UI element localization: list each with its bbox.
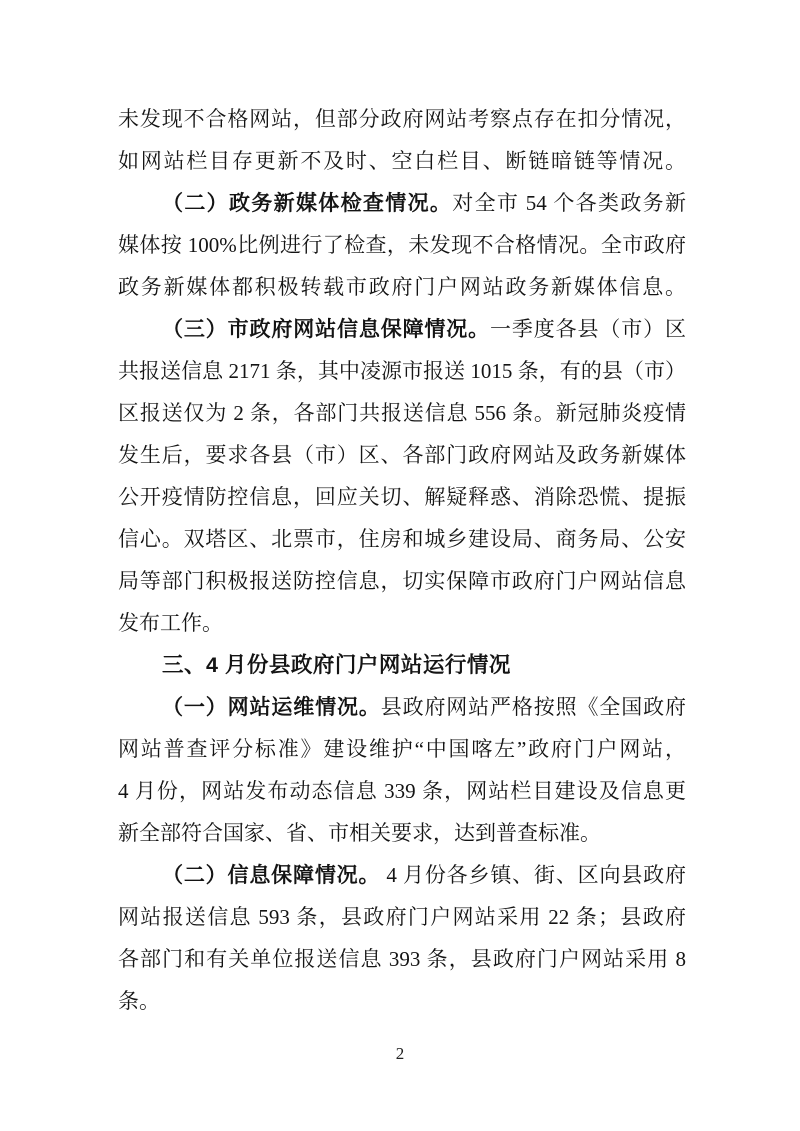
document-line: 共报送信息 2171 条，其中凌源市报送 1015 条，有的县（市）	[118, 350, 686, 392]
body-text: 条。	[118, 989, 160, 1013]
document-page: 未发现不合格网站，但部分政府网站考察点存在扣分情况，如网站栏目存更新不及时、空白…	[0, 0, 800, 1131]
document-line: （二）信息保障情况。 4 月份各乡镇、街、区向县政府	[118, 854, 686, 896]
body-text: 局等部门积极报送防控信息，切实保障市政府门户网站信息	[118, 569, 686, 593]
emphasis-text: （三）市政府网站信息保障情况。	[162, 317, 490, 341]
page-number: 2	[0, 1042, 800, 1066]
document-line: 信心。双塔区、北票市，住房和城乡建设局、商务局、公安	[118, 518, 686, 560]
body-text: 如网站栏目存更新不及时、空白栏目、断链暗链等情况。	[118, 149, 686, 173]
body-text: 对全市 54 个各类政务新	[452, 191, 686, 215]
body-text: 发生后，要求各县（市）区、各部门政府网站及政务新媒体	[118, 443, 686, 467]
document-line: 公开疫情防控信息，回应关切、解疑释惑、消除恐慌、提振	[118, 476, 686, 518]
document-line: 4 月份，网站发布动态信息 339 条，网站栏目建设及信息更	[118, 770, 686, 812]
body-text: 政务新媒体都积极转载市政府门户网站政务新媒体信息。	[118, 275, 686, 299]
document-line: （一）网站运维情况。县政府网站严格按照《全国政府	[118, 686, 686, 728]
body-text: 信心。双塔区、北票市，住房和城乡建设局、商务局、公安	[118, 527, 686, 551]
document-line: 发布工作。	[118, 602, 686, 644]
document-line: 各部门和有关单位报送信息 393 条，县政府门户网站采用 8	[118, 938, 686, 980]
emphasis-text: （一）网站运维情况。	[162, 695, 381, 719]
body-text: 新全部符合国家、省、市相关要求，达到普查标准。	[118, 821, 601, 845]
document-line: 政务新媒体都积极转载市政府门户网站政务新媒体信息。	[118, 266, 686, 308]
emphasis-text: （二）信息保障情况。	[162, 863, 380, 887]
emphasis-text: 三、4 月份县政府门户网站运行情况	[162, 653, 511, 677]
body-text: 一季度各县（市）区	[490, 317, 686, 341]
document-line: 媒体按 100%比例进行了检查，未发现不合格情况。全市政府	[118, 224, 686, 266]
body-text: 网站报送信息 593 条，县政府门户网站采用 22 条；县政府	[118, 905, 686, 929]
body-text: 发布工作。	[118, 611, 223, 635]
document-line: 条。	[118, 980, 686, 1022]
body-text: 网站普查评分标准》建设维护“中国喀左”政府门户网站，	[118, 737, 686, 761]
document-line: 如网站栏目存更新不及时、空白栏目、断链暗链等情况。	[118, 140, 686, 182]
document-line: （二）政务新媒体检查情况。对全市 54 个各类政务新	[118, 182, 686, 224]
section-heading: 三、4 月份县政府门户网站运行情况	[118, 644, 686, 686]
document-line: （三）市政府网站信息保障情况。一季度各县（市）区	[118, 308, 686, 350]
document-line: 未发现不合格网站，但部分政府网站考察点存在扣分情况，	[118, 98, 686, 140]
document-line: 局等部门积极报送防控信息，切实保障市政府门户网站信息	[118, 560, 686, 602]
document-content: 未发现不合格网站，但部分政府网站考察点存在扣分情况，如网站栏目存更新不及时、空白…	[118, 98, 686, 1022]
document-line: 发生后，要求各县（市）区、各部门政府网站及政务新媒体	[118, 434, 686, 476]
body-text: 区报送仅为 2 条，各部门共报送信息 556 条。新冠肺炎疫情	[118, 401, 686, 425]
body-text: 县政府网站严格按照《全国政府	[381, 695, 686, 719]
document-line: 区报送仅为 2 条，各部门共报送信息 556 条。新冠肺炎疫情	[118, 392, 686, 434]
document-line: 网站普查评分标准》建设维护“中国喀左”政府门户网站，	[118, 728, 686, 770]
body-text: 媒体按 100%比例进行了检查，未发现不合格情况。全市政府	[118, 233, 686, 257]
body-text: 4 月份，网站发布动态信息 339 条，网站栏目建设及信息更	[118, 779, 686, 803]
document-line: 新全部符合国家、省、市相关要求，达到普查标准。	[118, 812, 686, 854]
emphasis-text: （二）政务新媒体检查情况。	[162, 191, 452, 215]
body-text: 未发现不合格网站，但部分政府网站考察点存在扣分情况，	[118, 107, 686, 131]
body-text: 各部门和有关单位报送信息 393 条，县政府门户网站采用 8	[118, 947, 686, 971]
body-text: 公开疫情防控信息，回应关切、解疑释惑、消除恐慌、提振	[118, 485, 686, 509]
body-text: 共报送信息 2171 条，其中凌源市报送 1015 条，有的县（市）	[118, 359, 686, 383]
body-text: 4 月份各乡镇、街、区向县政府	[380, 863, 686, 887]
document-line: 网站报送信息 593 条，县政府门户网站采用 22 条；县政府	[118, 896, 686, 938]
